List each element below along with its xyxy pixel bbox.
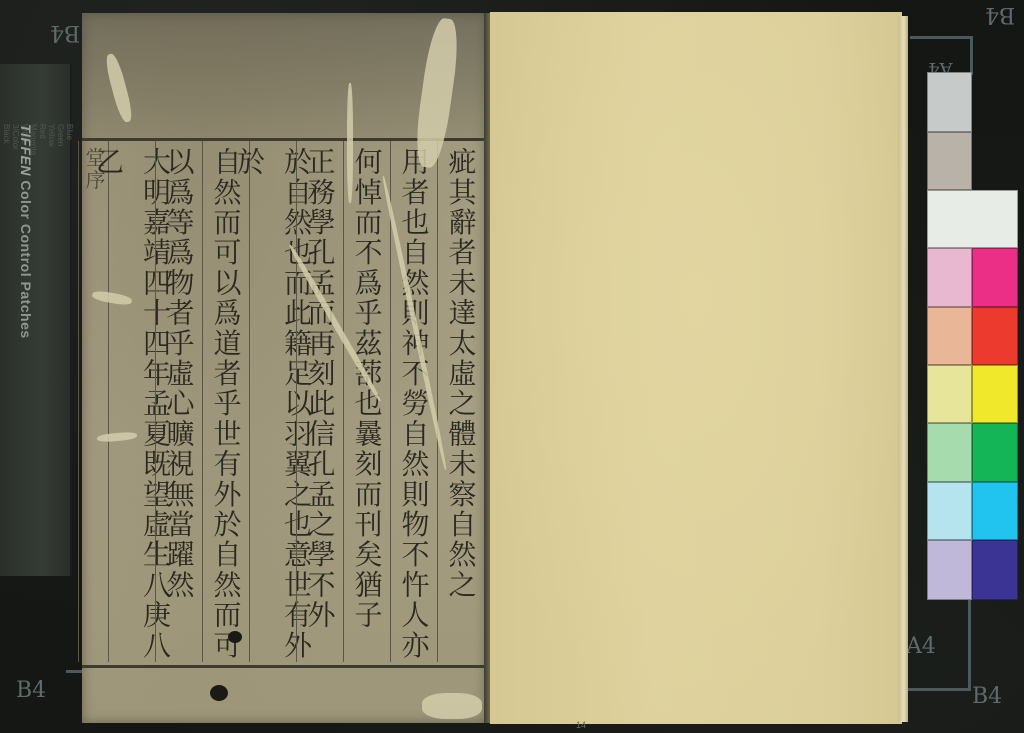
color-calibration-chart xyxy=(927,72,1018,600)
size-mark-top-left: B4 xyxy=(50,20,80,45)
tiffen-title-text: Color Control Patches xyxy=(18,180,34,338)
tiffen-color-strip: Blue Green Yellow Red Magenta White 3/Co… xyxy=(0,64,72,576)
text-column-8: 大明嘉靖四十四年孟夏既望虛生八庚八乙 xyxy=(108,141,155,662)
patch-green-light xyxy=(927,423,972,482)
patch-cyan xyxy=(972,482,1018,540)
column-text: 正務學孔孟而再刻此信孔孟之學不外 xyxy=(297,141,344,662)
left-page: 疵其辭者未達太虛之體未察自然之 用者也自然則神不勞自然則物不忤人亦 何悼而不爲乎… xyxy=(82,13,486,723)
patch-green xyxy=(972,423,1018,482)
guide-line-top xyxy=(910,36,973,75)
size-mark-top-right: B4 xyxy=(985,2,1015,27)
text-columns: 疵其辭者未達太虛之體未察自然之 用者也自然則神不勞自然則物不忤人亦 何悼而不爲乎… xyxy=(82,141,484,662)
text-column-7: 以爲等爲物者乎虛心曠視無當躍然 xyxy=(155,141,202,662)
tiffen-label: Yellow xyxy=(47,124,56,574)
patch-magenta xyxy=(972,248,1018,307)
page-stack-edge xyxy=(898,16,908,722)
text-column-3: 何悼而不爲乎茲蔀也曩刻而刊矣猶子 xyxy=(343,141,390,662)
patch-red xyxy=(972,307,1018,365)
patch-yellow xyxy=(972,365,1018,423)
column-text: 以爲等爲物者乎虛心曠視無當躍然 xyxy=(156,141,203,662)
ink-blot xyxy=(228,631,242,643)
patch-yellow-light xyxy=(927,365,972,423)
page-number: 14 xyxy=(576,720,586,730)
ink-blot xyxy=(210,685,228,701)
right-page-blank xyxy=(490,12,902,724)
text-column-4: 正務學孔孟而再刻此信孔孟之學不外 xyxy=(296,141,343,662)
guide-line-bottom xyxy=(906,600,971,691)
text-column-1: 疵其辭者未達太虛之體未察自然之 xyxy=(437,141,484,662)
patch-pink-light xyxy=(927,248,972,307)
patch-gray-mid xyxy=(927,132,972,190)
tiffen-brand: TIFFEN xyxy=(18,124,34,176)
column-text: 何悼而不爲乎茲蔀也曩刻而刊矣猶子 xyxy=(344,141,391,662)
patch-cyan-light xyxy=(927,482,972,540)
text-column-5: 於自然也而此籍足以羽翼之也意世有外於 xyxy=(249,141,296,662)
patch-white xyxy=(927,190,1018,248)
size-mark-bottom-left: B4 xyxy=(16,678,46,703)
tiffen-label: Green xyxy=(56,124,65,574)
tiffen-label: Black xyxy=(2,124,11,574)
patch-peach xyxy=(927,307,972,365)
tiffen-patch-labels: Blue Green Yellow Red Magenta White 3/Co… xyxy=(2,124,74,574)
patch-blue xyxy=(972,540,1018,600)
tiffen-title: TIFFEN Color Control Patches xyxy=(18,124,34,339)
column-text: 疵其辭者未達太虛之體未察自然之 xyxy=(438,141,485,662)
worm-damage xyxy=(422,693,482,719)
tiffen-label: Red xyxy=(38,124,47,574)
patch-gray-light xyxy=(927,72,972,132)
size-mark-bottom-right-b: B4 xyxy=(972,684,1002,709)
patch-lavender xyxy=(927,540,972,600)
worm-damage xyxy=(347,83,353,203)
